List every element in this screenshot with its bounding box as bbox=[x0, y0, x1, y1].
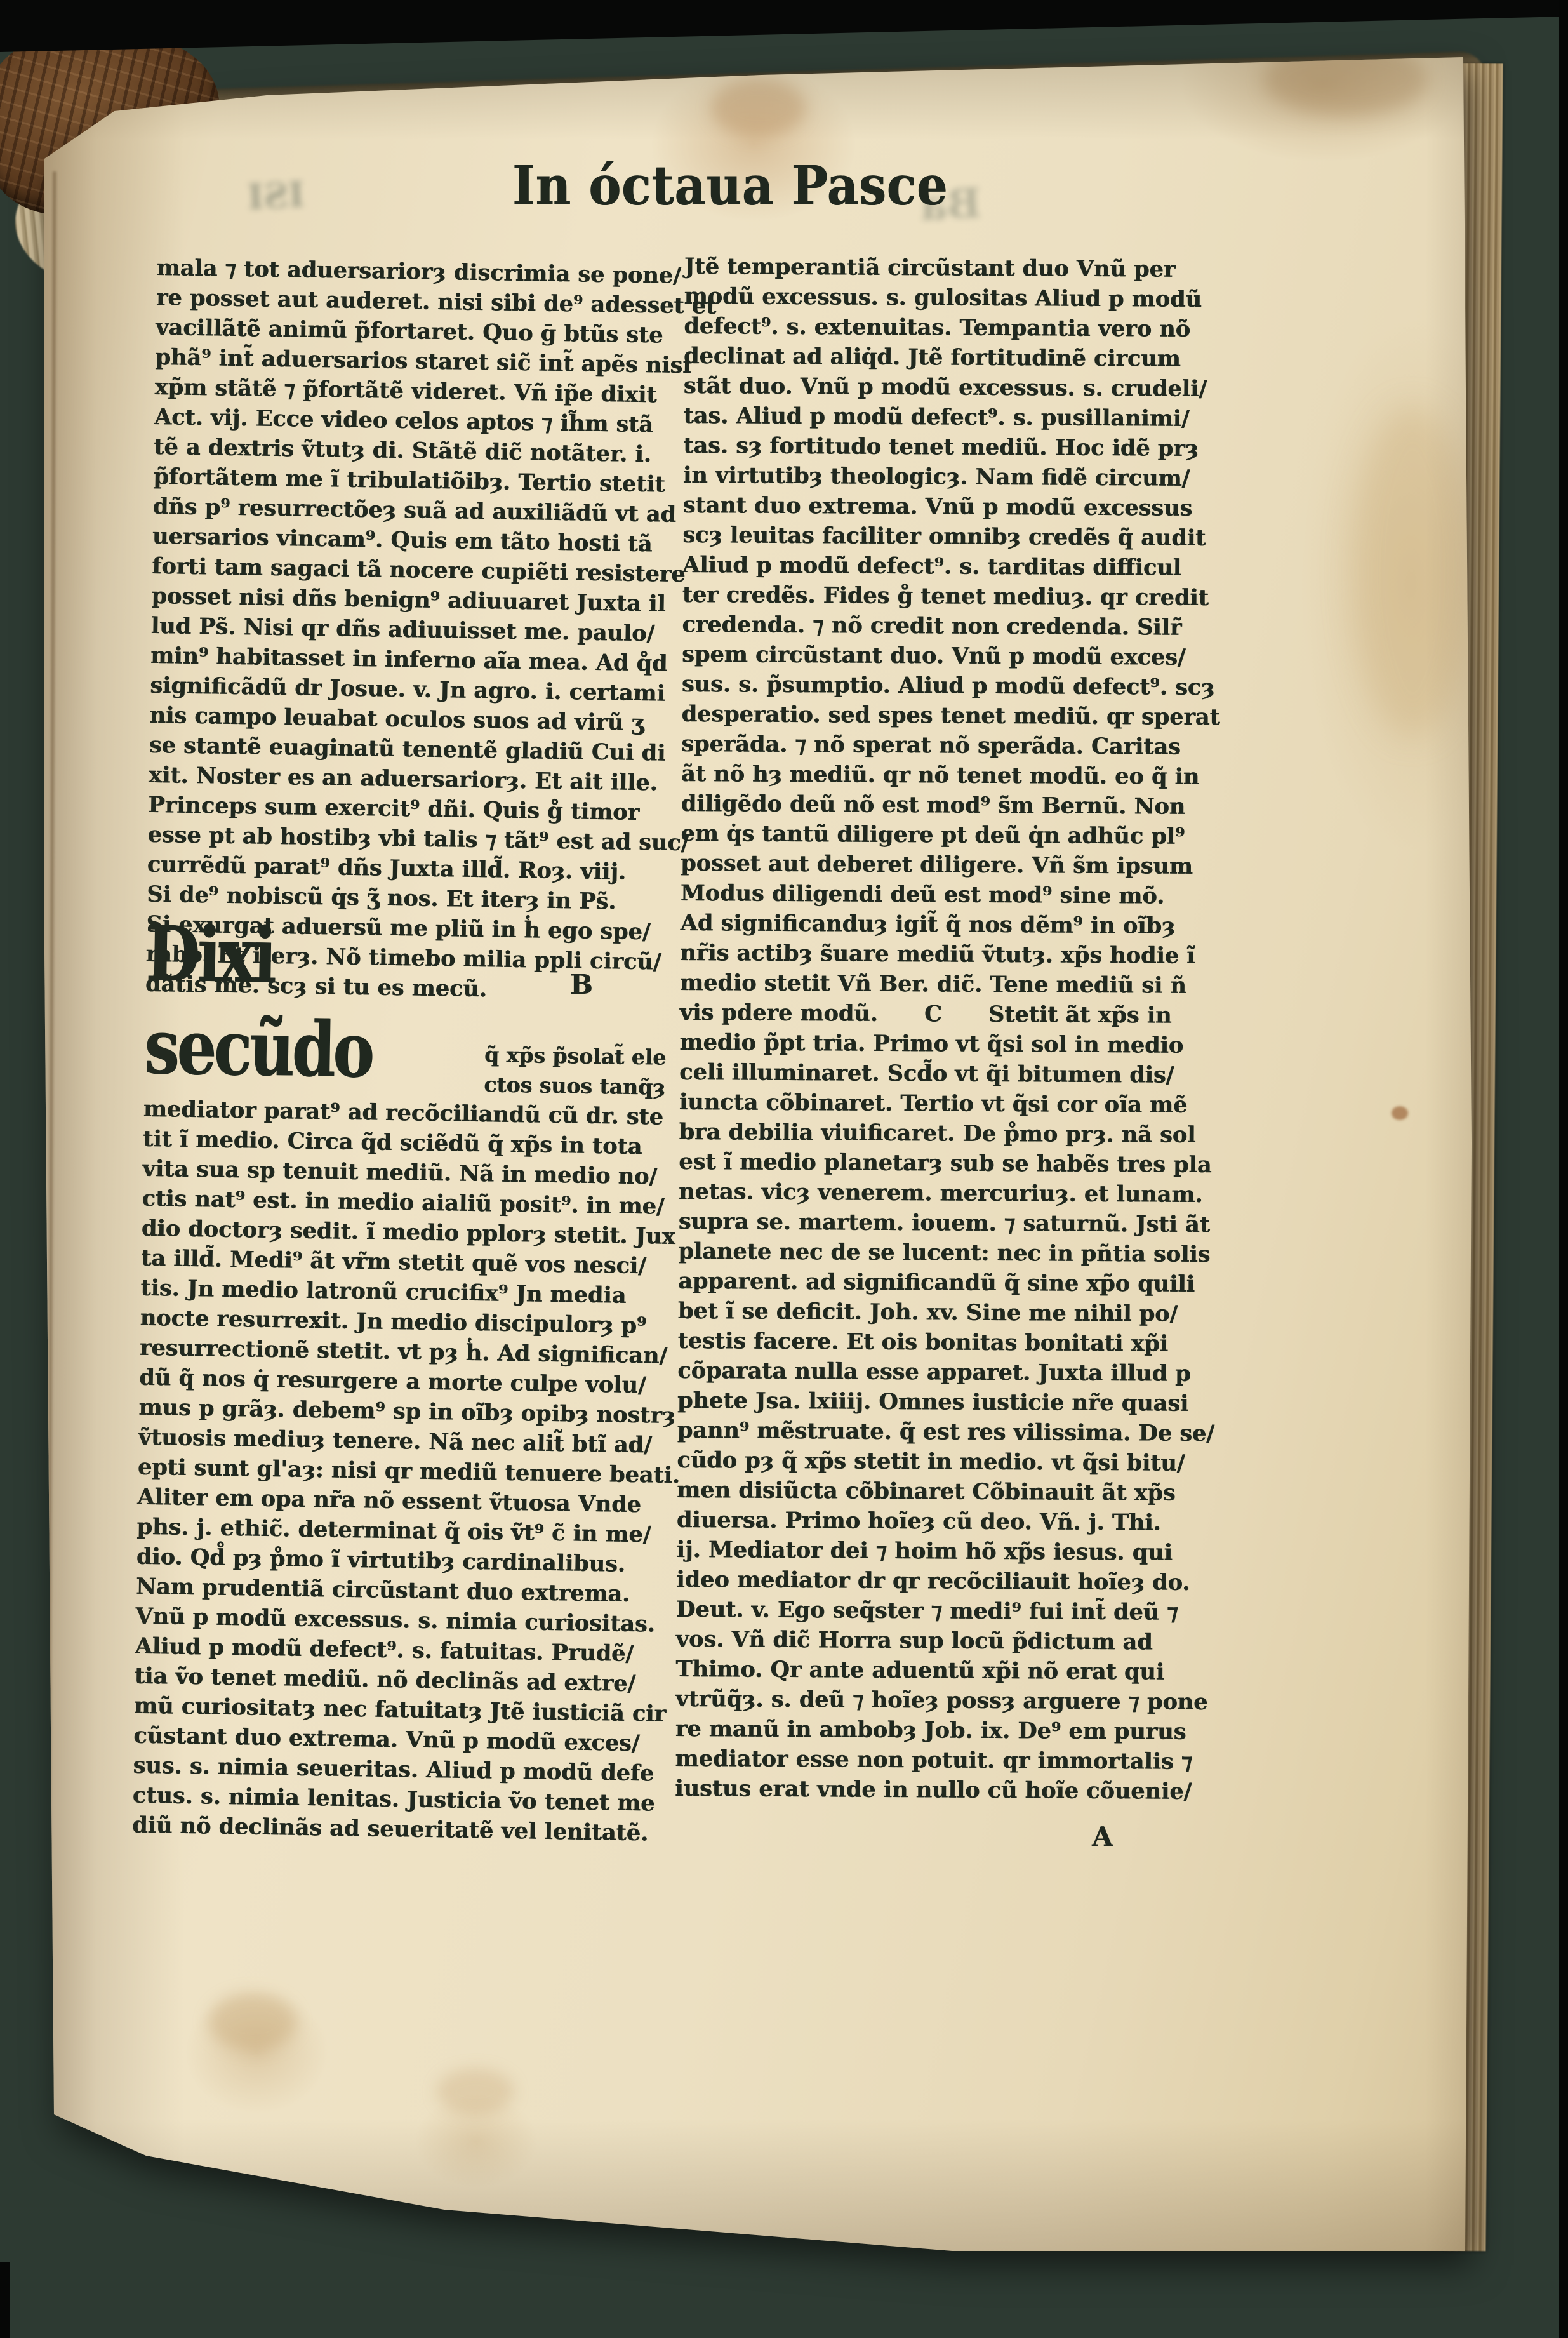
text-line: bra debilia viuificaret. De p̊mo prȝ. nã… bbox=[679, 1117, 1223, 1150]
ink-offset-ghost: ISI bbox=[246, 174, 305, 218]
text-column-left: mala ⁊ tot aduersariorȝ discrimia se pon… bbox=[132, 253, 679, 1848]
text-line: pann⁹ mẽstruate. q̃ est res vilissima. D… bbox=[677, 1415, 1222, 1448]
text-line: iuncta cõbinaret. Tertio vt q̃si cor oĩa… bbox=[679, 1087, 1224, 1120]
text-line: re manũ in ambobȝ Job. ix. De⁹ em purus bbox=[675, 1714, 1220, 1747]
text-line: ãt nõ hȝ mediũ. qr nõ tenet modũ. eo q̃ … bbox=[681, 759, 1226, 792]
text-line: men disiũcta cõbinaret Cõbinauit ãt xp̃s bbox=[677, 1475, 1221, 1508]
text-line: vos. Vñ dic̃ Horra sup locũ p̃dictum ad bbox=[676, 1624, 1221, 1657]
text-line: Deut. v. Ego seq̃ster ⁊ medi⁹ fui int̃ d… bbox=[676, 1594, 1221, 1627]
paper-stain bbox=[437, 2069, 514, 2114]
column-letter-b: B bbox=[570, 969, 593, 1000]
background-top-strip bbox=[0, 0, 1568, 57]
text-line: mediator esse non potuit. qr immortalis … bbox=[675, 1744, 1219, 1777]
text-line: Thimo. Qr ante aduentũ xp̃i nõ erat qui bbox=[675, 1654, 1220, 1687]
text-line: Jtẽ temperantiã circũstant duo Vnũ per bbox=[684, 251, 1229, 284]
paper-stain bbox=[1392, 1106, 1408, 1120]
text-column-right: Jtẽ temperantiã circũstant duo Vnũ permo… bbox=[675, 251, 1229, 1807]
text-line: ij. Mediator dei ⁊ hoim hõ xp̃s iesus. q… bbox=[676, 1535, 1221, 1568]
text-line: supra se. martem. iouem. ⁊ saturnũ. Jsti… bbox=[679, 1206, 1223, 1239]
text-line: desperatio. sed spes tenet mediũ. qr spe… bbox=[681, 699, 1226, 732]
text-line: vtrũq̃ȝ. s. deũ ⁊ hoĩeȝ possȝ arguere ⁊ … bbox=[675, 1684, 1220, 1717]
text-line: sus. s. p̃sumptio. Aliud p modũ defect⁹.… bbox=[682, 669, 1226, 702]
text-line: ideo mediator dr qr recõciliauit hoĩeȝ d… bbox=[676, 1565, 1221, 1598]
text-line: cõparata nulla esse apparet. Juxta illud… bbox=[677, 1356, 1222, 1389]
running-title: In óctaua Pasce bbox=[476, 154, 984, 218]
text-line: netas. vicȝ venerem. mercuriuȝ. et lunam… bbox=[679, 1177, 1223, 1210]
text-line: em q̇s tantũ diligere pt deũ q̇n adhũc p… bbox=[681, 818, 1225, 852]
background-right-strip bbox=[1559, 0, 1568, 2338]
text-line: sperãda. ⁊ nõ sperat nõ sperãda. Caritas bbox=[681, 729, 1226, 762]
text-line: ter credẽs. Fides g̊ tenet mediuȝ. qr cr… bbox=[682, 580, 1227, 613]
text-line: testis facere. Et ois bonitas bonitati x… bbox=[677, 1326, 1222, 1359]
text-line: ctos suos tanq̃ȝ bbox=[484, 1069, 666, 1102]
text-line: diuersa. Primo hoĩeȝ cũ deo. Vñ. j. Thi. bbox=[677, 1505, 1221, 1538]
text-line: bet ĩ se deficit. Joh. xv. Sine me nihil… bbox=[678, 1296, 1223, 1329]
text-line: diligẽdo deũ nõ est mod⁹ s̃m Bernũ. Non bbox=[681, 789, 1226, 822]
text-line: cũdo pȝ q̃ xp̃s stetit in medio. vt q̃si… bbox=[677, 1445, 1221, 1478]
text-line: spem circũstant duo. Vnũ p modũ exces/ bbox=[682, 639, 1226, 672]
text-line: Ad significanduȝ igit̃ q̃ nos dẽm⁹ in oĩ… bbox=[680, 908, 1225, 941]
text-line: declinat ad aliq̇d. Jtẽ fortitudinẽ circ… bbox=[684, 341, 1228, 374]
paper-stain bbox=[1352, 406, 1473, 737]
text-line: stãt duo. Vnũ p modũ excessus. s. crudel… bbox=[684, 371, 1228, 404]
text-line: Modus diligendi deũ est mod⁹ sine mõ. bbox=[681, 878, 1225, 911]
background-corner-strip bbox=[0, 2262, 10, 2338]
lombard-initial-row: Dixi secũdo q̃ xp̃s p̃solat̃ electos suo… bbox=[143, 999, 667, 1102]
text-line: scȝ leuitas faciliter omnibȝ credẽs q̃ a… bbox=[682, 520, 1227, 553]
right-lines: Jtẽ temperantiã circũstant duo Vnũ permo… bbox=[675, 251, 1229, 1807]
text-line: credenda. ⁊ nõ credit non credenda. Silr… bbox=[682, 610, 1226, 643]
text-line: modũ excessus. s. gulositas Aliud p modũ bbox=[684, 281, 1228, 314]
text-line: Aliud p modũ defect⁹. s. tarditas diffic… bbox=[682, 550, 1227, 583]
text-line: apparent. ad significandũ q̃ sine xp̃o q… bbox=[678, 1266, 1223, 1299]
text-line: in virtutibȝ theologicȝ. Nam fidẽ circum… bbox=[683, 460, 1228, 493]
book-page: ISI Ba In óctaua Pasce mala ⁊ tot aduers… bbox=[38, 51, 1498, 2275]
gutter-crease bbox=[46, 171, 56, 2134]
text-line: medio p̃pt tria. Primo vt q̃si sol in me… bbox=[679, 1027, 1224, 1060]
text-line: stant duo extrema. Vnũ p modũ excessus bbox=[682, 490, 1227, 523]
signature-mark-a: A bbox=[1092, 1821, 1113, 1852]
text-line: planete nec de se lucent: nec in pñtia s… bbox=[678, 1236, 1223, 1269]
paper-stain bbox=[711, 79, 806, 137]
text-line: tas. sȝ fortitudo tenet mediũ. Hoc idẽ p… bbox=[683, 431, 1228, 464]
text-line: medio stetit Vñ Ber. dic̃. Tene mediũ si… bbox=[680, 968, 1225, 1001]
left-lines-bottom: mediator parat⁹ ad recõciliandũ cũ dr. s… bbox=[132, 1094, 665, 1848]
text-line: est ĩ medio planetarȝ sub se habẽs tres … bbox=[679, 1147, 1223, 1180]
text-line: celi illuminaret. Scd̃o vt q̃i bitumen d… bbox=[679, 1057, 1224, 1090]
text-line: phete Jsa. lxiiij. Omnes iusticie nr̃e q… bbox=[677, 1386, 1222, 1419]
text-line: tas. Aliud p modũ defect⁹. s. pusillanim… bbox=[683, 401, 1228, 434]
text-line: iustus erat vnde in nullo cũ hoĩe cõueni… bbox=[675, 1774, 1219, 1807]
text-line: q̃ xp̃s p̃solat̃ ele bbox=[484, 1039, 667, 1072]
text-line: nr̃is actibȝ s̃uare mediũ ṽtutȝ. xp̃s ho… bbox=[680, 938, 1225, 971]
paper-stain bbox=[208, 1993, 297, 2051]
incipit-initial: Dixi secũdo bbox=[143, 908, 475, 1099]
initial-side-lines: q̃ xp̃s p̃solat̃ electos suos tanq̃ȝ bbox=[484, 1039, 667, 1102]
book-photo: ISI Ba In óctaua Pasce mala ⁊ tot aduers… bbox=[0, 0, 1568, 2338]
text-line: vis pdere modũ. C Stetit ãt xp̃s in bbox=[680, 998, 1225, 1031]
text-line: posset aut deberet diligere. Vñ s̃m ipsu… bbox=[681, 848, 1225, 881]
text-line: defect⁹. s. extenuitas. Tempantia vero n… bbox=[684, 311, 1228, 344]
left-lines-top: mala ⁊ tot aduersariorȝ discrimia se pon… bbox=[145, 253, 679, 1007]
